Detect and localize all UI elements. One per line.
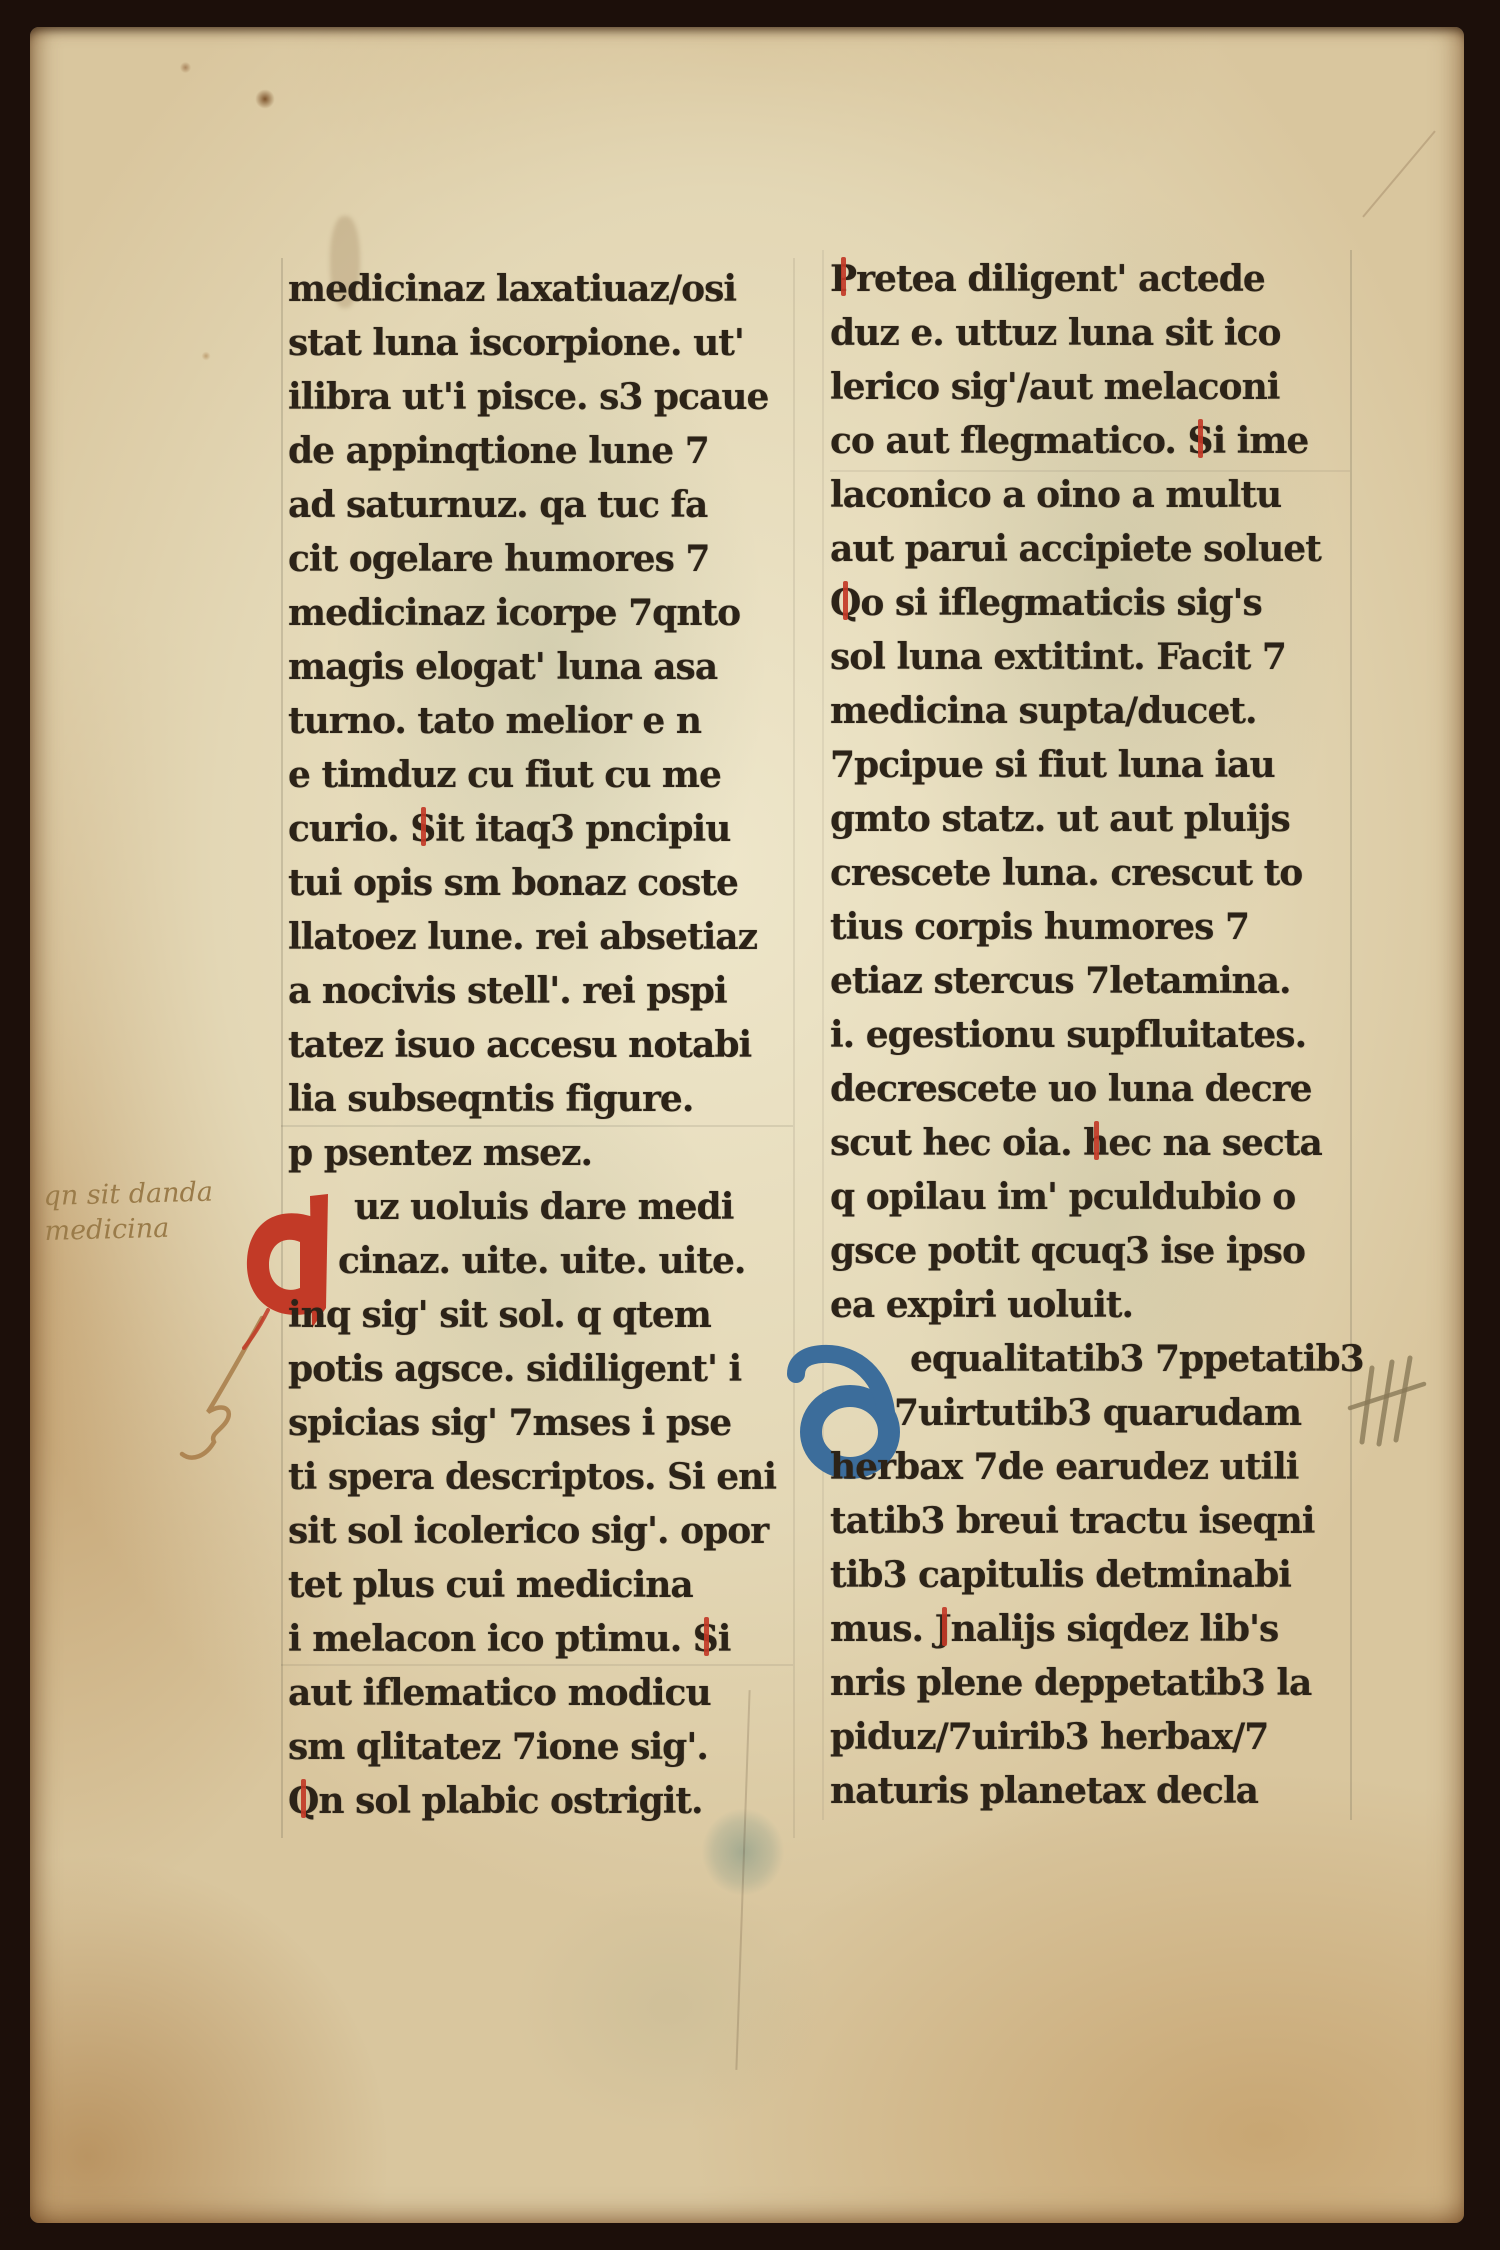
text-segment: stat luna iscorpione. ut' bbox=[288, 322, 744, 364]
manuscript-text-line: magis elogat' luna asa bbox=[288, 640, 794, 694]
text-segment: lerico sig'/aut melaconi bbox=[830, 366, 1279, 408]
rubricated-letter: S bbox=[410, 802, 435, 856]
manuscript-text-line: curio. Sit itaq3 pncipiu bbox=[288, 802, 794, 856]
text-segment: equalitatib3 7ppetatib3 bbox=[910, 1338, 1364, 1380]
rubricated-letter: h bbox=[1083, 1116, 1108, 1170]
text-segment: ea expiri uoluit. bbox=[830, 1284, 1133, 1326]
text-segment: medicinaz icorpe 7qnto bbox=[288, 592, 740, 634]
manuscript-text-line: q opilau im' pculdubio o bbox=[830, 1170, 1352, 1224]
manuscript-text-line: naturis planetax decla bbox=[830, 1764, 1352, 1818]
text-segment: tius corpis humores 7 bbox=[830, 906, 1249, 948]
text-segment: retea diligent' actede bbox=[856, 258, 1265, 300]
text-segment: tet plus cui medicina bbox=[288, 1564, 693, 1606]
manuscript-text-line: crescete luna. crescut to bbox=[830, 846, 1352, 900]
manuscript-text-line: sit sol icolerico sig'. opor bbox=[288, 1504, 794, 1558]
manuscript-text-line: spicias sig' 7mses i pse bbox=[288, 1396, 794, 1450]
manuscript-text-line: decrescete uo luna decre bbox=[830, 1062, 1352, 1116]
text-segment: p psentez msez. bbox=[288, 1132, 592, 1174]
text-segment: sit sol icolerico sig'. opor bbox=[288, 1510, 768, 1552]
text-segment: a nocivis stell'. rei pspi bbox=[288, 970, 727, 1012]
text-segment: mus. bbox=[830, 1608, 935, 1650]
text-segment: 7pcipue si fiut luna iau bbox=[830, 744, 1275, 786]
text-segment: piduz/7uirib3 herbax/7 bbox=[830, 1716, 1268, 1758]
manuscript-text-line: medicinaz laxatiuaz/osi bbox=[288, 262, 794, 316]
manuscript-text-line: nris plene deppetatib3 la bbox=[830, 1656, 1352, 1710]
text-segment: turno. tato melior e n bbox=[288, 700, 701, 742]
text-segment: crescete luna. crescut to bbox=[830, 852, 1302, 894]
manuscript-text-line: mus. Jnalijs siqdez lib's bbox=[830, 1602, 1352, 1656]
manuscript-text-line: tius corpis humores 7 bbox=[830, 900, 1352, 954]
text-segment: tatez isuo accesu notabi bbox=[288, 1024, 751, 1066]
manuscript-text-line: ad saturnuz. qa tuc fa bbox=[288, 478, 794, 532]
text-segment: laconico a oino a multu bbox=[830, 474, 1281, 516]
manuscript-text-line: etiaz stercus 7letamina. bbox=[830, 954, 1352, 1008]
manuscript-text-line: piduz/7uirib3 herbax/7 bbox=[830, 1710, 1352, 1764]
manuscript-text-line: a nocivis stell'. rei pspi bbox=[288, 964, 794, 1018]
text-segment: sm qlitatez 7ione sig'. bbox=[288, 1726, 708, 1768]
manuscript-text-line: duz e. uttuz luna sit ico bbox=[830, 306, 1352, 360]
text-segment: inq sig' sit sol. q qtem bbox=[288, 1294, 711, 1336]
manuscript-text-line: Qn sol plabic ostrigit. bbox=[288, 1774, 794, 1828]
text-segment: e timduz cu fiut cu me bbox=[288, 754, 721, 796]
rubricated-letter: Q bbox=[830, 576, 860, 630]
manuscript-text-line: medicinaz icorpe 7qnto bbox=[288, 586, 794, 640]
manuscript-text-line: inq sig' sit sol. q qtem bbox=[288, 1288, 794, 1342]
manuscript-text-line: ti spera descriptos. Si eni bbox=[288, 1450, 794, 1504]
manuscript-text-line: tet plus cui medicina bbox=[288, 1558, 794, 1612]
manuscript-text-line: Pretea diligent' actede bbox=[830, 252, 1352, 306]
text-segment: it itaq3 pncipiu bbox=[435, 808, 730, 850]
text-segment: duz e. uttuz luna sit ico bbox=[830, 312, 1280, 354]
manuscript-text-line: tib3 capitulis detminabi bbox=[830, 1548, 1352, 1602]
manuscript-text-line: uz uoluis dare medi bbox=[288, 1180, 794, 1234]
text-segment: medicinaz laxatiuaz/osi bbox=[288, 268, 736, 310]
manuscript-text-line: ea expiri uoluit. bbox=[830, 1278, 1352, 1332]
rubricated-letter: Q bbox=[288, 1774, 318, 1828]
manuscript-text-line: p psentez msez. bbox=[288, 1126, 794, 1180]
text-segment: naturis planetax decla bbox=[830, 1770, 1258, 1812]
manuscript-text-line: herbax 7de earudez utili bbox=[830, 1440, 1352, 1494]
manuscript-text-line: equalitatib3 7ppetatib3 bbox=[830, 1332, 1352, 1386]
text-segment: n sol plabic ostrigit. bbox=[318, 1780, 702, 1822]
manuscript-text-line: de appinqtione lune 7 bbox=[288, 424, 794, 478]
text-segment: llatoez lune. rei absetiaz bbox=[288, 916, 757, 958]
manuscript-text-line: 7uirtutib3 quarudam bbox=[830, 1386, 1352, 1440]
text-segment: cit ogelare humores 7 bbox=[288, 538, 709, 580]
manuscript-text-line: sol luna extitint. Facit 7 bbox=[830, 630, 1352, 684]
manuscript-text-line: lia subseqntis figure. bbox=[288, 1072, 794, 1126]
manuscript-text-line: medicina supta/ducet. bbox=[830, 684, 1352, 738]
manuscript-photo: qn sit danda medicina medicinaz laxatiua… bbox=[0, 0, 1500, 2250]
text-segment: co aut flegmatico. bbox=[830, 420, 1187, 462]
text-segment: 7uirtutib3 quarudam bbox=[894, 1392, 1301, 1434]
text-segment: herbax 7de earudez utili bbox=[830, 1446, 1298, 1488]
text-segment: ec na secta bbox=[1108, 1122, 1321, 1164]
manuscript-text-line: potis agsce. sidiligent' i bbox=[288, 1342, 794, 1396]
text-segment: i bbox=[718, 1618, 731, 1660]
manuscript-text-line: scut hec oia. hec na secta bbox=[830, 1116, 1352, 1170]
text-segment: ti spera descriptos. Si eni bbox=[288, 1456, 776, 1498]
rubricated-letter: S bbox=[1187, 414, 1212, 468]
text-segment: aut parui accipiete soluet bbox=[830, 528, 1321, 570]
manuscript-text-line: i melacon ico ptimu. Si bbox=[288, 1612, 794, 1666]
rubricated-letter: P bbox=[830, 252, 856, 306]
text-segment: gsce potit qcuq3 ise ipso bbox=[830, 1230, 1305, 1272]
text-segment: nalijs siqdez lib's bbox=[951, 1608, 1279, 1650]
text-segment: medicina supta/ducet. bbox=[830, 690, 1257, 732]
text-column-left: medicinaz laxatiuaz/osistat luna iscorpi… bbox=[288, 262, 794, 1828]
text-segment: ilibra ut'i pisce. s3 pcaue bbox=[288, 376, 768, 418]
text-segment: i. egestionu supfluitates. bbox=[830, 1014, 1306, 1056]
manuscript-text-line: aut iflematico modicu bbox=[288, 1666, 794, 1720]
text-segment: aut iflematico modicu bbox=[288, 1672, 711, 1714]
manuscript-text-line: stat luna iscorpione. ut' bbox=[288, 316, 794, 370]
manuscript-text-line: sm qlitatez 7ione sig'. bbox=[288, 1720, 794, 1774]
manuscript-text-line: Qo si iflegmaticis sig's bbox=[830, 576, 1352, 630]
text-segment: uz uoluis dare medi bbox=[354, 1186, 733, 1228]
text-segment: i ime bbox=[1212, 420, 1308, 462]
text-segment: tui opis sm bonaz coste bbox=[288, 862, 738, 904]
text-segment: de appinqtione lune 7 bbox=[288, 430, 709, 472]
text-segment: i melacon ico ptimu. bbox=[288, 1618, 693, 1660]
text-segment: potis agsce. sidiligent' i bbox=[288, 1348, 741, 1390]
manuscript-text-line: tatib3 breui tractu iseqni bbox=[830, 1494, 1352, 1548]
text-segment: q opilau im' pculdubio o bbox=[830, 1176, 1295, 1218]
manuscript-text-line: cit ogelare humores 7 bbox=[288, 532, 794, 586]
manuscript-text-line: gmto statz. ut aut pluijs bbox=[830, 792, 1352, 846]
text-segment: o si iflegmaticis sig's bbox=[860, 582, 1261, 624]
text-segment: nris plene deppetatib3 la bbox=[830, 1662, 1311, 1704]
rubricated-letter: J bbox=[935, 1602, 951, 1656]
manuscript-text-line: tui opis sm bonaz coste bbox=[288, 856, 794, 910]
manuscript-text-line: turno. tato melior e n bbox=[288, 694, 794, 748]
manuscript-text-line: gsce potit qcuq3 ise ipso bbox=[830, 1224, 1352, 1278]
manuscript-text-line: tatez isuo accesu notabi bbox=[288, 1018, 794, 1072]
manuscript-text-line: i. egestionu supfluitates. bbox=[830, 1008, 1352, 1062]
manuscript-text-line: e timduz cu fiut cu me bbox=[288, 748, 794, 802]
rubricated-letter: S bbox=[693, 1612, 718, 1666]
manuscript-text-line: ilibra ut'i pisce. s3 pcaue bbox=[288, 370, 794, 424]
manuscript-text-line: 7pcipue si fiut luna iau bbox=[830, 738, 1352, 792]
text-column-right: Pretea diligent' actededuz e. uttuz luna… bbox=[830, 252, 1352, 1818]
manuscript-text-line: co aut flegmatico. Si ime bbox=[830, 414, 1352, 468]
text-segment: tib3 capitulis detminabi bbox=[830, 1554, 1291, 1596]
manuscript-text-line: aut parui accipiete soluet bbox=[830, 522, 1352, 576]
text-segment: sol luna extitint. Facit 7 bbox=[830, 636, 1286, 678]
text-segment: scut hec oia. bbox=[830, 1122, 1083, 1164]
manuscript-text-line: laconico a oino a multu bbox=[830, 468, 1352, 522]
text-segment: decrescete uo luna decre bbox=[830, 1068, 1312, 1110]
text-segment: gmto statz. ut aut pluijs bbox=[830, 798, 1290, 840]
text-segment: ad saturnuz. qa tuc fa bbox=[288, 484, 707, 526]
text-segment: magis elogat' luna asa bbox=[288, 646, 717, 688]
manuscript-text-line: cinaz. uite. uite. uite. bbox=[288, 1234, 794, 1288]
text-segment: curio. bbox=[288, 808, 410, 850]
text-segment: etiaz stercus 7letamina. bbox=[830, 960, 1291, 1002]
manuscript-text-line: lerico sig'/aut melaconi bbox=[830, 360, 1352, 414]
text-segment: tatib3 breui tractu iseqni bbox=[830, 1500, 1315, 1542]
text-segment: lia subseqntis figure. bbox=[288, 1078, 693, 1120]
text-segment: cinaz. uite. uite. uite. bbox=[338, 1240, 745, 1282]
manuscript-text-line: llatoez lune. rei absetiaz bbox=[288, 910, 794, 964]
text-segment: spicias sig' 7mses i pse bbox=[288, 1402, 731, 1444]
